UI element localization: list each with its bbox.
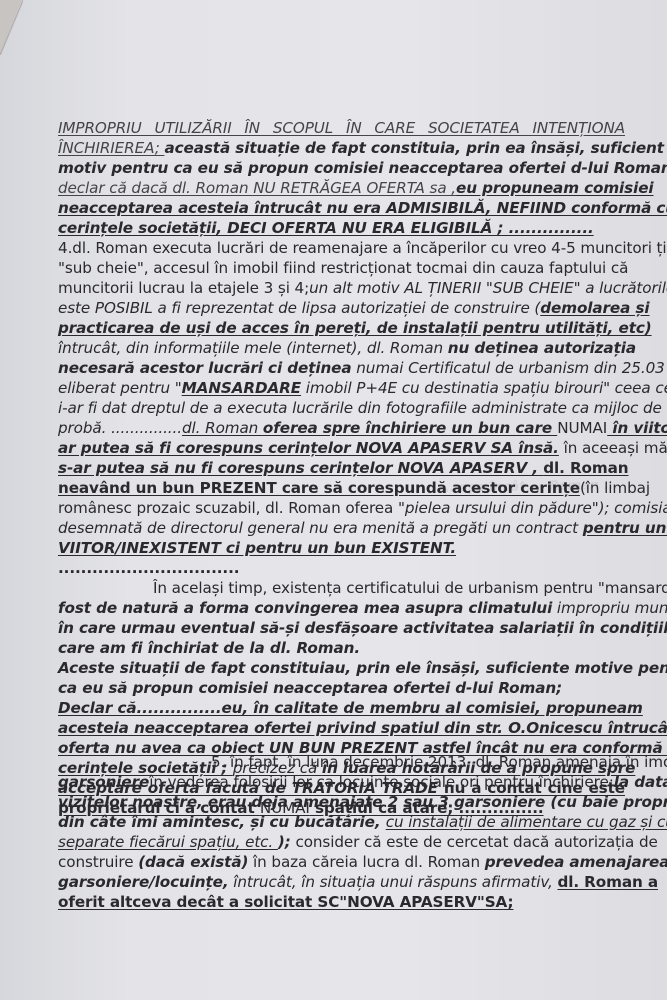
text-line: care am fi închiriat de la dl. Roman. <box>58 638 625 658</box>
text-run: IMPROPRIU UTILIZĂRII ÎN SCOPUL ÎN CARE S… <box>58 119 625 137</box>
text-run: ar putea să fi corespuns cerințelor NOVA… <box>58 439 559 457</box>
text-run: nu deținea autorizația <box>448 339 636 357</box>
text-run: în baza căreia lucra dl. Roman <box>248 853 484 871</box>
text-line: acesteia neacceptarea ofertei privind sp… <box>58 718 625 738</box>
text-run: demolarea și <box>540 299 649 317</box>
text-run: la data <box>614 773 667 791</box>
page-corner-edge <box>0 0 23 55</box>
text-line: 4.dl. Roman executa lucrări de reamenaja… <box>58 238 625 258</box>
text-run: (în limbaj <box>580 479 650 497</box>
text-run: pentru un bun <box>583 519 667 537</box>
text-line: oferit altceva decât a solicitat SC"NOVA… <box>58 892 625 912</box>
text-run: Declar că...............eu, în calitate … <box>58 699 643 717</box>
paragraph-block-5: 5. în fapt, în luna decembrie 2013, dl. … <box>58 752 625 912</box>
text-run: construire <box>58 853 138 871</box>
text-run: eliberat pentru " <box>58 379 182 397</box>
text-line: neavând un bun PREZENT care să corespund… <box>58 478 625 498</box>
text-line: vizitelor noastre, erau deja amenajate 2… <box>58 792 625 812</box>
text-run: este POSIBIL a fi reprezentat de lipsa a… <box>58 299 540 317</box>
text-run: dl. Roman a <box>557 873 658 891</box>
text-run: întrucât, în situația unui răspuns afirm… <box>229 873 558 891</box>
text-line: practicarea de uși de acces în pereți, d… <box>58 318 625 338</box>
text-run: declar că dacă dl. Roman NU RETRĂGEA OFE… <box>58 179 456 197</box>
text-line: ................................ <box>58 558 625 578</box>
text-run: i-ar fi dat dreptul de a executa lucrări… <box>58 399 662 417</box>
text-run: În același timp, existența certificatulu… <box>153 579 667 597</box>
text-run: din câte îmi amintesc, și cu bucătărie, <box>58 813 386 831</box>
text-run: în aceeași măsură, <box>559 439 667 457</box>
text-run: oferea spre închiriere un bun care <box>263 419 557 437</box>
text-run: în viitor s- <box>607 419 667 437</box>
text-run: MANSARDARE <box>182 379 301 397</box>
text-run: un alt motiv AL ȚINERII "SUB CHEIE" a lu… <box>309 279 667 297</box>
text-run: în vederea folosirii lor ca locuințe soc… <box>149 773 614 791</box>
text-run: desemnată de directorul general nu era m… <box>58 519 583 537</box>
text-line: fost de natură a forma convingerea mea a… <box>58 598 625 618</box>
text-line: construire (dacă există) în baza căreia … <box>58 852 625 872</box>
text-line: "sub cheie", accesul în imobil fiind res… <box>58 258 625 278</box>
text-line: românesc prozaic scuzabil, dl. Roman ofe… <box>58 498 625 518</box>
text-line: Declar că...............eu, în calitate … <box>58 698 625 718</box>
text-line: desemnată de directorul general nu era m… <box>58 518 625 538</box>
text-run: românesc prozaic scuzabil, dl. Roman ofe… <box>58 499 398 517</box>
text-run: numai Certificatul de urbanism din 25.03… <box>352 359 667 377</box>
text-run: "sub cheie", accesul în imobil fiind res… <box>58 259 628 277</box>
text-run: NUMAI <box>557 419 607 437</box>
text-line: Aceste situații de fapt constituiau, pri… <box>58 658 625 678</box>
text-run: care am fi închiriat de la dl. Roman. <box>58 639 360 657</box>
text-run: eu propuneam comisiei <box>456 179 653 197</box>
paragraph-block-4: IMPROPRIU UTILIZĂRII ÎN SCOPUL ÎN CARE S… <box>58 118 625 818</box>
text-run: (dacă există) <box>138 853 248 871</box>
text-line: declar că dacă dl. Roman NU RETRĂGEA OFE… <box>58 178 625 198</box>
text-run: neavând un bun PREZENT care să corespund… <box>58 479 580 497</box>
text-run: 4.dl. Roman executa lucrări de reamenaja… <box>58 239 667 257</box>
text-run: 5. în fapt, în luna decembrie 2013, dl. … <box>211 753 667 771</box>
text-line: muncitorii lucrau la etajele 3 și 4;un a… <box>58 278 625 298</box>
text-line: garsoniereîn vederea folosirii lor ca lo… <box>58 772 625 792</box>
text-run: s-ar putea să nu fi corespuns cerințelor… <box>58 459 543 477</box>
text-line: necesară acestor lucrări ci deținea numa… <box>58 358 625 378</box>
text-line: neacceptarea acesteia întrucât nu era AD… <box>58 198 625 218</box>
text-line: este POSIBIL a fi reprezentat de lipsa a… <box>58 298 625 318</box>
text-run: probă. ............... <box>58 419 182 437</box>
text-run: ); <box>278 833 291 851</box>
text-line: motiv pentru ca eu să propun comisiei ne… <box>58 158 625 178</box>
text-run: ................................ <box>58 559 239 577</box>
text-run: în care urmau eventual să-și desfășoare … <box>58 619 667 637</box>
text-run: vizitelor noastre, erau deja amenajate 2… <box>58 793 667 811</box>
text-line: întrucât, din informațiile mele (interne… <box>58 338 625 358</box>
text-run: ÎNCHIRIEREA; <box>58 139 164 157</box>
text-run: garsoniere <box>58 773 149 791</box>
text-line: ar putea să fi corespuns cerințelor NOVA… <box>58 438 625 458</box>
text-line: ÎNCHIRIEREA; această situație de fapt co… <box>58 138 625 158</box>
text-run: prevedea amenajarea de <box>485 853 667 871</box>
text-line: s-ar putea să nu fi corespuns cerințelor… <box>58 458 625 478</box>
text-run: cerințele societății, DECI OFERTA NU ERA… <box>58 219 594 237</box>
text-run: impropriu muncii <box>552 599 667 617</box>
text-run: ca eu să propun comisiei neacceptarea of… <box>58 679 562 697</box>
text-run: necesară acestor lucrări ci deținea <box>58 359 352 377</box>
text-line: separate fiecărui spațiu, etc. ); consid… <box>58 832 625 852</box>
text-run: întrucât, din informațiile mele (interne… <box>58 339 448 357</box>
document-page: ... așa încât ... Roman ... IMPROPRIU UT… <box>0 0 667 1000</box>
text-run: motiv pentru ca eu să propun comisiei ne… <box>58 159 667 177</box>
text-run: această situație de fapt constituia, pri… <box>164 139 664 157</box>
text-line: VIITOR/INEXISTENT ci pentru un bun EXIST… <box>58 538 625 558</box>
text-run: dl. Roman <box>543 459 628 477</box>
text-run: "pielea ursului din pădure"); comisia <box>398 499 667 517</box>
text-run: consider că este de cercetat dacă autori… <box>291 833 658 851</box>
text-line: garsoniere/locuințe, întrucât, în situaț… <box>58 872 625 892</box>
text-run: oferit altceva decât a solicitat SC"NOVA… <box>58 893 513 911</box>
text-run: cu instalații de alimentare cu gaz și cu… <box>386 813 667 831</box>
text-line: IMPROPRIU UTILIZĂRII ÎN SCOPUL ÎN CARE S… <box>58 118 625 138</box>
text-run: muncitorii lucrau la etajele 3 și 4; <box>58 279 309 297</box>
text-run: garsoniere/locuințe, <box>58 873 229 891</box>
text-run: neacceptarea acesteia întrucât nu era AD… <box>58 199 667 217</box>
text-line: În același timp, existența certificatulu… <box>58 578 625 598</box>
text-run: VIITOR/INEXISTENT ci pentru un bun EXIST… <box>58 539 456 557</box>
text-line: ca eu să propun comisiei neacceptarea of… <box>58 678 625 698</box>
text-run: fost de natură a forma convingerea mea a… <box>58 599 552 617</box>
text-line: 5. în fapt, în luna decembrie 2013, dl. … <box>58 752 625 772</box>
text-line: i-ar fi dat dreptul de a executa lucrări… <box>58 398 625 418</box>
text-run: acesteia neacceptarea ofertei privind sp… <box>58 719 667 737</box>
text-line: din câte îmi amintesc, și cu bucătărie, … <box>58 812 625 832</box>
text-line: probă. ...............dl. Roman oferea s… <box>58 418 625 438</box>
text-run: practicarea de uși de acces în pereți, d… <box>58 319 652 337</box>
text-line: în care urmau eventual să-și desfășoare … <box>58 618 625 638</box>
text-run: imobil P+4E cu destinatia spațiu birouri… <box>301 379 667 397</box>
text-line: cerințele societății, DECI OFERTA NU ERA… <box>58 218 625 238</box>
text-line: eliberat pentru "MANSARDARE imobil P+4E … <box>58 378 625 398</box>
text-run: dl. Roman <box>182 419 263 437</box>
text-run: separate fiecărui spațiu, etc. <box>58 833 278 851</box>
text-run: Aceste situații de fapt constituiau, pri… <box>58 659 667 677</box>
